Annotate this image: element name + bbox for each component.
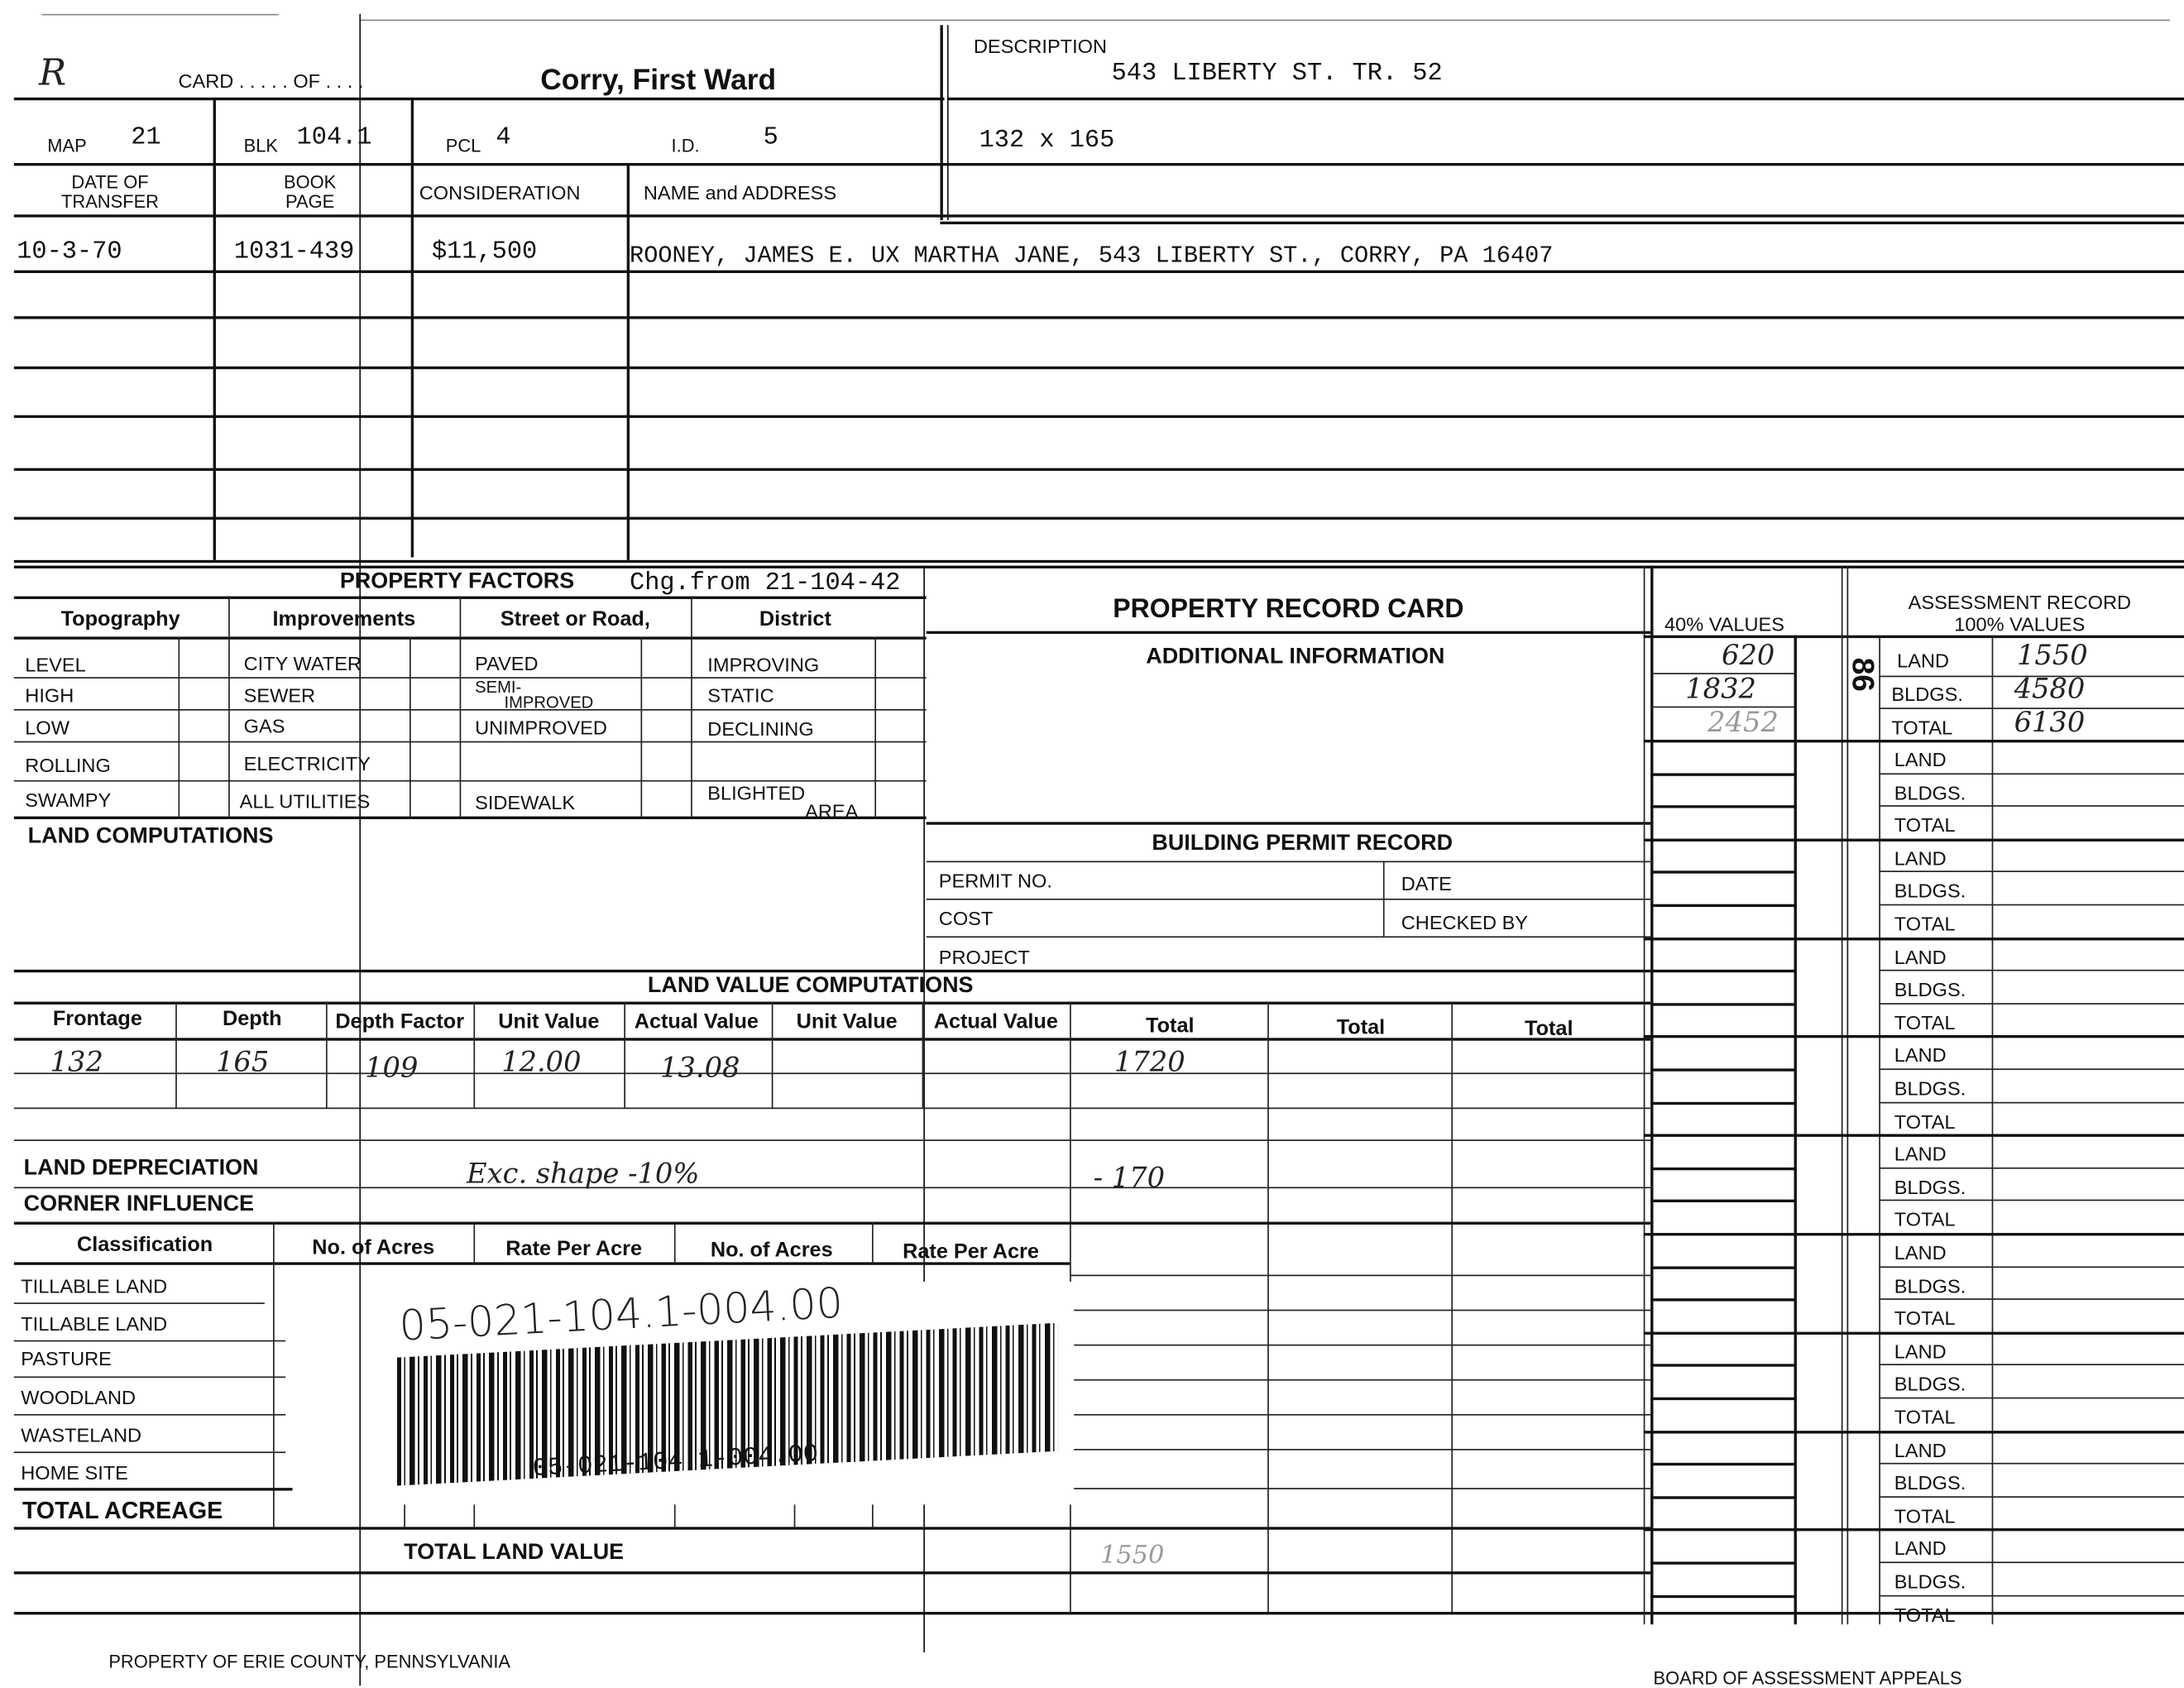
year-stamp: 86: [1844, 658, 1880, 692]
assess-bldgs-value[interactable]: 4580: [2014, 674, 2086, 703]
map-value[interactable]: 21: [131, 126, 160, 151]
impr-city-water[interactable]: CITY WATER: [244, 654, 362, 674]
assess-land-value[interactable]: 1550: [2017, 640, 2088, 669]
district-area: AREA: [805, 801, 858, 821]
initial-mark: R: [39, 55, 66, 92]
acre-header-acres-1: No. of Acres: [273, 1237, 473, 1258]
assess-history-land-label: LAND: [1894, 1341, 1947, 1361]
acre-row-pasture: PASTURE: [21, 1349, 112, 1369]
street-sidewalk[interactable]: SIDEWALK: [475, 793, 575, 813]
header-district: District: [691, 609, 900, 630]
acre-row-tillable-1: TILLABLE LAND: [21, 1276, 167, 1296]
assess-history-total-label: TOTAL: [1894, 815, 1956, 835]
assess-total-label: TOTAL: [1891, 717, 1952, 737]
lv-actual-value[interactable]: 13.08: [660, 1053, 740, 1081]
topo-rolling[interactable]: ROLLING: [25, 755, 110, 775]
description-line2[interactable]: 132 x 165: [979, 128, 1115, 153]
permit-cost-label: COST: [939, 909, 993, 928]
id-value[interactable]: 5: [764, 126, 778, 151]
permit-checked-by-label: CHECKED BY: [1401, 913, 1528, 933]
additional-info-title: ADDITIONAL INFORMATION: [927, 646, 1664, 669]
lv-header-total-1: Total: [1072, 1015, 1267, 1036]
assess-history-land-label: LAND: [1894, 750, 1947, 770]
assess-history-total-label: TOTAL: [1894, 1604, 1956, 1624]
impr-all-utilities[interactable]: ALL UTILITIES: [240, 791, 371, 811]
street-paved[interactable]: PAVED: [475, 654, 538, 674]
transfer-consideration[interactable]: $11,500: [432, 240, 537, 265]
assessment-subtitle: 100% VALUES: [1856, 614, 2184, 634]
assessment-title: ASSESSMENT RECORD: [1856, 592, 2184, 612]
value-40-total[interactable]: 2452: [1707, 707, 1779, 736]
district-declining[interactable]: DECLINING: [707, 719, 813, 739]
assess-history-land-label: LAND: [1894, 1538, 1947, 1558]
footer-board: BOARD OF ASSESSMENT APPEALS: [1654, 1669, 1962, 1687]
total-land-value-amount[interactable]: 1550: [1100, 1544, 1164, 1569]
transfer-name-address[interactable]: ROONEY, JAMES E. UX MARTHA JANE, 543 LIB…: [630, 245, 1553, 269]
total-land-value-label: TOTAL LAND VALUE: [404, 1542, 624, 1565]
assess-history-total-label: TOTAL: [1894, 1308, 1956, 1328]
impr-electricity[interactable]: ELECTRICITY: [244, 754, 371, 774]
col-name-address: NAME and ADDRESS: [644, 183, 836, 203]
topo-level[interactable]: LEVEL: [25, 655, 85, 674]
lv-header-actual-value-1: Actual Value: [621, 1011, 772, 1032]
assess-history-land-label: LAND: [1894, 848, 1947, 868]
permit-no-label: PERMIT NO.: [939, 870, 1052, 890]
district-blighted[interactable]: BLIGHTED: [707, 783, 805, 803]
assess-bldgs-label: BLDGS.: [1891, 684, 1962, 704]
lv-header-actual-value-2: Actual Value: [922, 1011, 1070, 1032]
assess-history-total-label: TOTAL: [1894, 1506, 1956, 1526]
corner-influence-label: CORNER INFLUENCE: [24, 1194, 254, 1216]
assess-history-bldgs-label: BLDGS.: [1894, 1177, 1966, 1196]
acre-header-rate-1: Rate Per Acre: [473, 1239, 673, 1259]
assess-history-bldgs-label: BLDGS.: [1894, 1276, 1966, 1296]
assess-history-land-label: LAND: [1894, 1243, 1947, 1263]
impr-gas[interactable]: GAS: [244, 716, 285, 736]
pcl-label: PCL: [446, 137, 481, 155]
assess-history-total-label: TOTAL: [1894, 1013, 1956, 1033]
district-static[interactable]: STATIC: [707, 685, 773, 705]
assess-history-bldgs-label: BLDGS.: [1894, 980, 1966, 1000]
permit-record-title: BUILDING PERMIT RECORD: [927, 833, 1679, 856]
land-depreciation-label: LAND DEPRECIATION: [24, 1158, 259, 1180]
col-book-page-2: PAGE: [223, 192, 396, 210]
lv-depth-value[interactable]: 165: [216, 1048, 269, 1076]
lv-header-unit-value-2: Unit Value: [772, 1011, 922, 1032]
acre-row-woodland: WOODLAND: [21, 1388, 136, 1407]
transfer-book-page[interactable]: 1031-439: [234, 240, 355, 265]
assess-history-bldgs-label: BLDGS.: [1894, 1571, 1966, 1591]
assess-history-bldgs-label: BLDGS.: [1894, 881, 1966, 901]
lv-unit-value[interactable]: 12.00: [501, 1048, 581, 1076]
assess-history-total-label: TOTAL: [1894, 914, 1956, 933]
map-label: MAP: [47, 137, 86, 155]
property-record-card: R CARD . . . . . OF . . . . Corry, First…: [0, 0, 2184, 1688]
property-factors-note: Chg.from 21-104-42: [630, 571, 900, 596]
assess-history-land-label: LAND: [1894, 1144, 1947, 1164]
assess-history-bldgs-label: BLDGS.: [1894, 1473, 1966, 1493]
lv-header-total-2: Total: [1271, 1017, 1452, 1038]
description-label: DESCRIPTION: [974, 36, 1107, 56]
col-consideration: CONSIDERATION: [419, 183, 581, 203]
topo-high[interactable]: HIGH: [25, 685, 74, 705]
blk-label: BLK: [244, 137, 278, 155]
lv-frontage-value[interactable]: 132: [50, 1048, 103, 1076]
record-card-title: PROPERTY RECORD CARD: [927, 597, 1651, 623]
description-line1[interactable]: 543 LIBERTY ST. TR. 52: [1112, 61, 1443, 86]
assess-history-bldgs-label: BLDGS.: [1894, 783, 1966, 803]
col-book-page-1: BOOK: [223, 173, 396, 191]
pcl-value[interactable]: 4: [496, 126, 510, 151]
assess-history-bldgs-label: BLDGS.: [1894, 1078, 1966, 1098]
assess-history-total-label: TOTAL: [1894, 1210, 1956, 1230]
footer-owner: PROPERTY OF ERIE COUNTY, PENNSYLVANIA: [108, 1652, 510, 1671]
blk-value[interactable]: 104.1: [297, 126, 372, 151]
impr-sewer[interactable]: SEWER: [244, 685, 315, 705]
id-label: I.D.: [672, 137, 700, 155]
district-improving[interactable]: IMPROVING: [707, 655, 819, 674]
acre-row-home-site: HOME SITE: [21, 1463, 128, 1483]
land-value-computations-title: LAND VALUE COMPUTATIONS: [648, 976, 974, 998]
land-depreciation-note[interactable]: Exc. shape -10%: [467, 1159, 699, 1187]
lv-header-unit-value-1: Unit Value: [473, 1011, 624, 1032]
street-unimproved[interactable]: UNIMPROVED: [475, 717, 607, 737]
header-street-road: Street or Road,: [460, 609, 691, 630]
acre-row-tillable-2: TILLABLE LAND: [21, 1314, 167, 1334]
acre-header-acres-2: No. of Acres: [674, 1240, 869, 1260]
total-acreage-label: TOTAL ACREAGE: [22, 1499, 223, 1523]
col-date-transfer-2: TRANSFER: [20, 192, 201, 210]
ward-title: Corry, First Ward: [540, 64, 776, 97]
permit-date-label: DATE: [1401, 874, 1452, 894]
value-40-land[interactable]: 620: [1722, 640, 1774, 669]
street-improved[interactable]: IMPROVED: [504, 693, 593, 710]
topo-swampy[interactable]: SWAMPY: [25, 790, 111, 810]
assess-land-label: LAND: [1897, 650, 1949, 670]
lv-header-frontage: Frontage: [20, 1009, 176, 1029]
assess-history-total-label: TOTAL: [1894, 1407, 1956, 1427]
transfer-date[interactable]: 10-3-70: [17, 240, 122, 265]
permit-project-label: PROJECT: [939, 947, 1030, 967]
lv-header-depth-factor: Depth Factor: [326, 1011, 473, 1032]
col-date-transfer-1: DATE OF: [20, 173, 201, 191]
lv-header-total-3: Total: [1454, 1019, 1644, 1039]
card-label: CARD . . . . . OF . . . .: [179, 71, 364, 91]
topo-low[interactable]: LOW: [25, 717, 69, 737]
assess-history-land-label: LAND: [1894, 947, 1947, 966]
header-topography: Topography: [20, 609, 222, 630]
assess-total-value[interactable]: 6130: [2014, 707, 2086, 736]
property-factors-title: PROPERTY FACTORS: [340, 571, 574, 593]
lv-depth-factor-value[interactable]: 109: [365, 1053, 418, 1081]
acre-header-classification: Classification: [20, 1235, 271, 1255]
value-40-bldgs[interactable]: 1832: [1685, 674, 1756, 703]
acre-header-rate-2: Rate Per Acre: [872, 1241, 1070, 1262]
acre-row-wasteland: WASTELAND: [21, 1425, 141, 1445]
header-improvements: Improvements: [231, 609, 457, 630]
values-40-title: 40% VALUES: [1664, 614, 1784, 634]
assess-history-bldgs-label: BLDGS.: [1894, 1374, 1966, 1394]
assess-history-land-label: LAND: [1894, 1440, 1947, 1460]
lv-total-value[interactable]: 1720: [1114, 1048, 1185, 1076]
assess-history-land-label: LAND: [1894, 1045, 1947, 1065]
lv-header-depth: Depth: [179, 1009, 326, 1029]
land-computations-title: LAND COMPUTATIONS: [28, 826, 274, 848]
assess-history-total-label: TOTAL: [1894, 1111, 1956, 1131]
